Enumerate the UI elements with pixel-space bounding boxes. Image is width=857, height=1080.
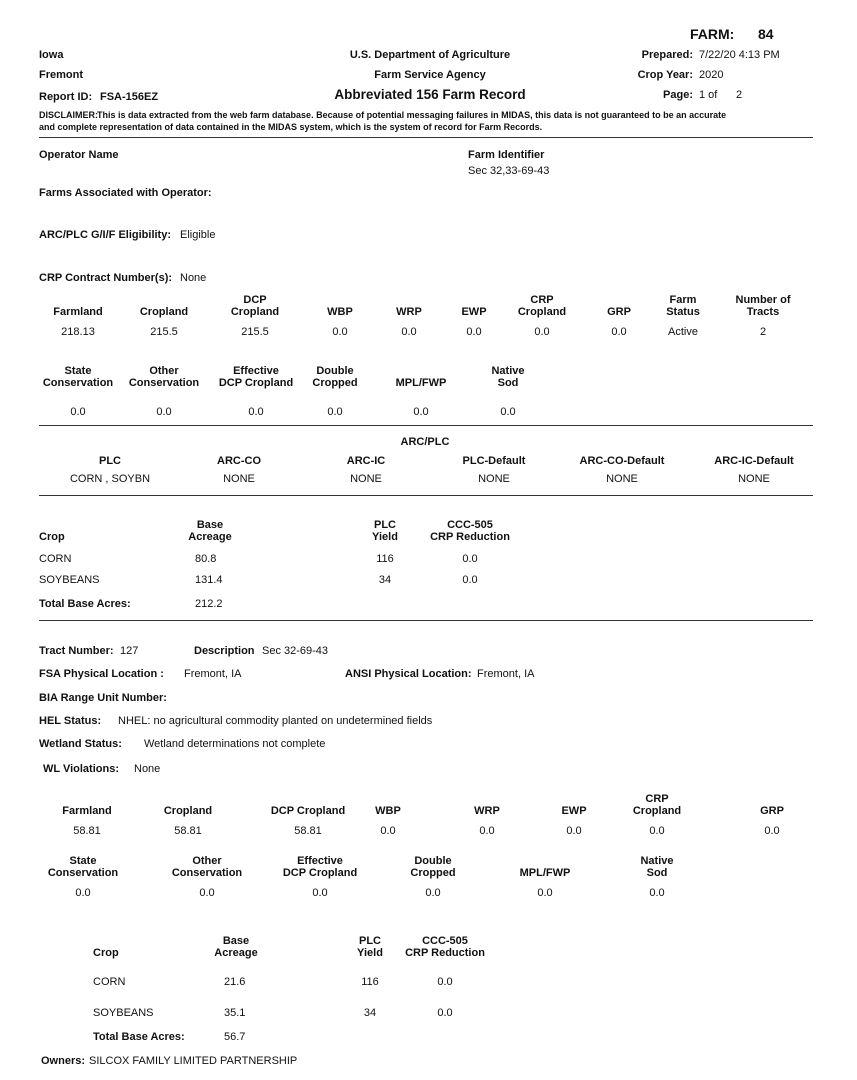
table-cell: 0.0 [395, 1007, 495, 1019]
report-title: Abbreviated 156 Farm Record [280, 87, 580, 102]
column-header-line: Other [152, 855, 262, 867]
table-cell: 0.0 [395, 976, 495, 988]
column-header-line: Double [285, 365, 385, 377]
column-header: DoubleCropped [378, 855, 488, 879]
column-value: 0.0 [437, 825, 537, 837]
column-header-line: GRP [722, 805, 822, 817]
column-header-line: MPL/FWP [490, 867, 600, 879]
farm-label: FARM: [690, 26, 734, 42]
column-header-line: Cropland [607, 805, 707, 817]
column-header-line: CRP [497, 294, 587, 306]
column-value: 215.5 [210, 326, 300, 338]
operator-name-label: Operator Name [39, 149, 118, 161]
column-header: EffectiveDCP Cropland [265, 855, 375, 879]
column-header-line: Farmland [33, 306, 123, 318]
base-column-header: PLCYield [350, 519, 420, 543]
column-header-line: Base [170, 519, 250, 531]
column-header-line: State [28, 365, 128, 377]
column-header: OtherConservation [152, 855, 262, 879]
eligibility-value: Eligible [180, 229, 215, 241]
prepared-label: Prepared: [600, 49, 693, 61]
column-header-line: Base [196, 935, 276, 947]
arcplc-value: NONE [557, 473, 687, 485]
eligibility-label: ARC/PLC G/I/F Eligibility: [39, 229, 171, 241]
fsa-location-label: FSA Physical Location : [39, 668, 164, 680]
column-header: NativeSod [602, 855, 712, 879]
bia-label: BIA Range Unit Number: [39, 692, 167, 704]
farms-associated-label: Farms Associated with Operator: [39, 187, 212, 199]
column-header-line: CRP [607, 793, 707, 805]
state-name: Iowa [39, 49, 63, 61]
column-header: Number ofTracts [718, 294, 808, 318]
column-header-line: Acreage [196, 947, 276, 959]
column-header: StateConservation [28, 365, 128, 389]
report-id-value: FSA-156EZ [100, 91, 158, 103]
column-header-line: Other [114, 365, 214, 377]
column-header-line: Cropped [285, 377, 385, 389]
arcplc-value: CORN , SOYBN [45, 473, 175, 485]
column-header-line: Farm [638, 294, 728, 306]
table-cell: 80.8 [195, 553, 275, 565]
base-column-header: Crop [93, 947, 193, 959]
crp-contract-label: CRP Contract Number(s): [39, 272, 172, 284]
column-value: 0.0 [607, 825, 707, 837]
disclaimer-line-1: This is data extracted from the web farm… [97, 110, 726, 120]
crop-year-value: 2020 [699, 69, 723, 81]
column-header-line: Sod [602, 867, 712, 879]
crop-year-label: Crop Year: [600, 69, 693, 81]
description-label: Description [194, 645, 255, 657]
hel-status-value: NHEL: no agricultural commodity planted … [118, 715, 432, 727]
column-value: 0.0 [722, 825, 822, 837]
farm-identifier-value: Sec 32,33-69-43 [468, 165, 549, 177]
column-value: 0.0 [285, 406, 385, 418]
column-header: OtherConservation [114, 365, 214, 389]
column-value: 0.0 [490, 887, 600, 899]
page-total: 2 [736, 89, 742, 101]
tract-number-label: Tract Number: [39, 645, 114, 657]
column-value: 0.0 [602, 887, 712, 899]
column-header-line: Conservation [152, 867, 262, 879]
column-header-line: MPL/FWP [371, 377, 471, 389]
ansi-location-label: ANSI Physical Location: [345, 668, 472, 680]
column-header-line: Cropland [138, 805, 238, 817]
column-header-line: Crop [39, 531, 139, 543]
column-value: 0.0 [114, 406, 214, 418]
column-header-line: CRP Reduction [420, 531, 520, 543]
column-header: WBP [338, 805, 438, 817]
column-header-line: Conservation [28, 377, 128, 389]
base-column-header: BaseAcreage [196, 935, 276, 959]
arcplc-value: NONE [174, 473, 304, 485]
column-header-line: WBP [338, 805, 438, 817]
column-value: 58.81 [37, 825, 137, 837]
column-header: StateConservation [28, 855, 138, 879]
hel-status-label: HEL Status: [39, 715, 101, 727]
column-header-line: Double [378, 855, 488, 867]
column-header-line: Cropland [210, 306, 300, 318]
wetland-status-label: Wetland Status: [39, 738, 122, 750]
column-value: 0.0 [152, 887, 262, 899]
prepared-value: 7/22/20 4:13 PM [699, 49, 780, 61]
table-cell: 21.6 [224, 976, 304, 988]
table-cell: 0.0 [420, 574, 520, 586]
header-divider [39, 137, 813, 138]
column-header-line: Acreage [170, 531, 250, 543]
page-label: Page: [600, 89, 693, 101]
column-value: 218.13 [33, 326, 123, 338]
column-header-line: CCC-505 [420, 519, 520, 531]
table-cell: 131.4 [195, 574, 275, 586]
arcplc-header: ARC-IC-Default [689, 455, 819, 467]
column-header: GRP [722, 805, 822, 817]
column-header: Cropland [119, 306, 209, 318]
page-value: 1 of [699, 89, 717, 101]
table-cell: SOYBEANS [93, 1007, 193, 1019]
column-value: Active [638, 326, 728, 338]
column-header-line: DCP Cropland [265, 867, 375, 879]
base-column-header: Crop [39, 531, 139, 543]
column-header: MPL/FWP [371, 377, 471, 389]
table-cell: CORN [39, 553, 139, 565]
column-header-line: Effective [265, 855, 375, 867]
farm-section-divider [39, 620, 813, 621]
column-header-line: Conservation [114, 377, 214, 389]
column-header-line: Yield [350, 531, 420, 543]
column-header-line: Farmland [37, 805, 137, 817]
base-column-header: BaseAcreage [170, 519, 250, 543]
column-header: DoubleCropped [285, 365, 385, 389]
column-value: 0.0 [458, 406, 558, 418]
owners-label: Owners: [41, 1055, 85, 1067]
column-header-line: Crop [93, 947, 193, 959]
column-header-line: CRP Reduction [395, 947, 495, 959]
farm-number: 84 [758, 26, 774, 42]
column-header: CRPCropland [607, 793, 707, 817]
disclaimer-label: DISCLAIMER: [39, 110, 98, 120]
ansi-location-value: Fremont, IA [477, 668, 534, 680]
table-cell: CORN [93, 976, 193, 988]
column-header: MPL/FWP [490, 867, 600, 879]
farm-identifier-label: Farm Identifier [468, 149, 544, 161]
column-header: DCPCropland [210, 294, 300, 318]
column-header-line: Cropped [378, 867, 488, 879]
report-id-label: Report ID: [39, 91, 92, 103]
column-header-line: Native [602, 855, 712, 867]
arcplc-title: ARC/PLC [380, 436, 470, 448]
description-value: Sec 32-69-43 [262, 645, 328, 657]
wl-violations-label: WL Violations: [43, 763, 119, 775]
wetland-status-value: Wetland determinations not complete [144, 738, 325, 750]
crp-contract-value: None [180, 272, 206, 284]
arcplc-value: NONE [301, 473, 431, 485]
column-header-line: WRP [437, 805, 537, 817]
column-header-line: Cropland [119, 306, 209, 318]
column-header-line: DCP [210, 294, 300, 306]
column-header-line: PLC [350, 519, 420, 531]
table-cell: SOYBEANS [39, 574, 139, 586]
column-header-line: Conservation [28, 867, 138, 879]
arcplc-header: ARC-IC [301, 455, 431, 467]
column-value: 2 [718, 326, 808, 338]
owners-value: SILCOX FAMILY LIMITED PARTNERSHIP [89, 1055, 297, 1067]
arcplc-header: PLC [45, 455, 175, 467]
arcplc-header: ARC-CO [174, 455, 304, 467]
agency-line-2: Farm Service Agency [300, 69, 560, 81]
column-header-line: Tracts [718, 306, 808, 318]
table-cell: 35.1 [224, 1007, 304, 1019]
arcplc-header: ARC-CO-Default [557, 455, 687, 467]
column-header-line: Native [458, 365, 558, 377]
column-header: FarmStatus [638, 294, 728, 318]
column-value: 215.5 [119, 326, 209, 338]
column-header-line: Sod [458, 377, 558, 389]
column-value: 0.0 [378, 887, 488, 899]
arcplc-value: NONE [429, 473, 559, 485]
column-header: Farmland [37, 805, 137, 817]
table-cell: 116 [350, 553, 420, 565]
disclaimer-line-2: and complete representation of data cont… [39, 122, 542, 132]
total-base-acres-label: Total Base Acres: [39, 598, 131, 610]
total-base-acres-value: 212.2 [195, 598, 275, 610]
column-header-line: Number of [718, 294, 808, 306]
base-column-header: CCC-505CRP Reduction [420, 519, 520, 543]
fsa-location-value: Fremont, IA [184, 668, 241, 680]
column-value: 0.0 [338, 825, 438, 837]
arcplc-divider-top [39, 425, 813, 426]
column-value: 0.0 [28, 406, 128, 418]
column-header: WRP [437, 805, 537, 817]
table-cell: 0.0 [420, 553, 520, 565]
arcplc-divider-bottom [39, 495, 813, 496]
column-value: 0.0 [28, 887, 138, 899]
arcplc-value: NONE [689, 473, 819, 485]
column-value: 58.81 [138, 825, 238, 837]
column-header: Farmland [33, 306, 123, 318]
arcplc-header: PLC-Default [429, 455, 559, 467]
wl-violations-value: None [134, 763, 160, 775]
tract-number-value: 127 [120, 645, 138, 657]
column-header-line: CCC-505 [395, 935, 495, 947]
total-base-acres-value: 56.7 [224, 1031, 304, 1043]
column-value: 0.0 [371, 406, 471, 418]
county-name: Fremont [39, 69, 83, 81]
table-cell: 34 [350, 574, 420, 586]
base-column-header: CCC-505CRP Reduction [395, 935, 495, 959]
column-header-line: State [28, 855, 138, 867]
column-header: NativeSod [458, 365, 558, 389]
column-header-line: Status [638, 306, 728, 318]
column-header: Cropland [138, 805, 238, 817]
column-value: 0.0 [265, 887, 375, 899]
total-base-acres-label: Total Base Acres: [93, 1031, 185, 1043]
agency-line-1: U.S. Department of Agriculture [300, 49, 560, 61]
